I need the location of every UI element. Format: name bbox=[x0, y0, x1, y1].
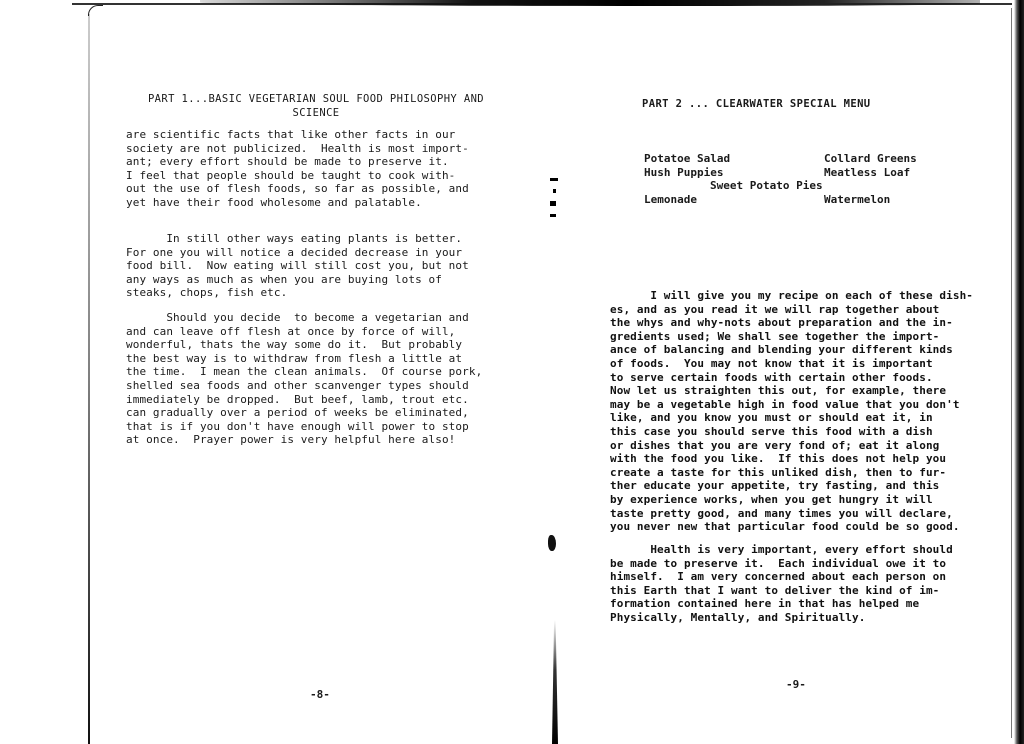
gutter-ink-blot bbox=[548, 535, 556, 551]
menu-item: Hush Puppies bbox=[644, 166, 723, 180]
menu-row: Hush Puppies Meatless Loaf bbox=[644, 166, 944, 180]
menu-list: Potatoe Salad Collard Greens Hush Puppie… bbox=[644, 152, 944, 206]
left-page-number: -8- bbox=[310, 688, 330, 701]
scan-top-shadow bbox=[200, 0, 980, 6]
menu-item: Sweet Potato Pies bbox=[710, 179, 823, 193]
left-page-edge bbox=[88, 14, 90, 744]
right-paragraph-2: Health is very important, every effort s… bbox=[610, 543, 953, 625]
right-page-edge-inner bbox=[1011, 8, 1012, 738]
left-page-heading: PART 1...BASIC VEGETARIAN SOUL FOOD PHIL… bbox=[126, 92, 506, 120]
left-paragraph-1: are scientific facts that like other fac… bbox=[126, 128, 469, 210]
left-paragraph-3: Should you decide to become a vegetarian… bbox=[126, 311, 482, 447]
right-paragraph-1: I will give you my recipe on each of the… bbox=[610, 289, 973, 534]
menu-item: Watermelon bbox=[824, 193, 890, 207]
right-page-edge bbox=[1014, 0, 1024, 744]
left-paragraph-2: In still other ways eating plants is bet… bbox=[126, 232, 469, 300]
page-corner bbox=[88, 5, 103, 16]
menu-item: Potatoe Salad bbox=[644, 152, 730, 166]
menu-item: Meatless Loaf bbox=[824, 166, 910, 180]
menu-item: Collard Greens bbox=[824, 152, 917, 166]
menu-row: Potatoe Salad Collard Greens bbox=[644, 152, 944, 166]
right-page-heading: PART 2 ... CLEARWATER SPECIAL MENU bbox=[642, 97, 871, 111]
menu-row: Lemonade Watermelon bbox=[644, 193, 944, 207]
menu-row: Sweet Potato Pies bbox=[644, 179, 944, 193]
menu-item: Lemonade bbox=[644, 193, 697, 207]
book-spine-shadow bbox=[552, 620, 558, 744]
right-page-number: -9- bbox=[786, 678, 806, 691]
gutter-marks bbox=[550, 178, 560, 225]
